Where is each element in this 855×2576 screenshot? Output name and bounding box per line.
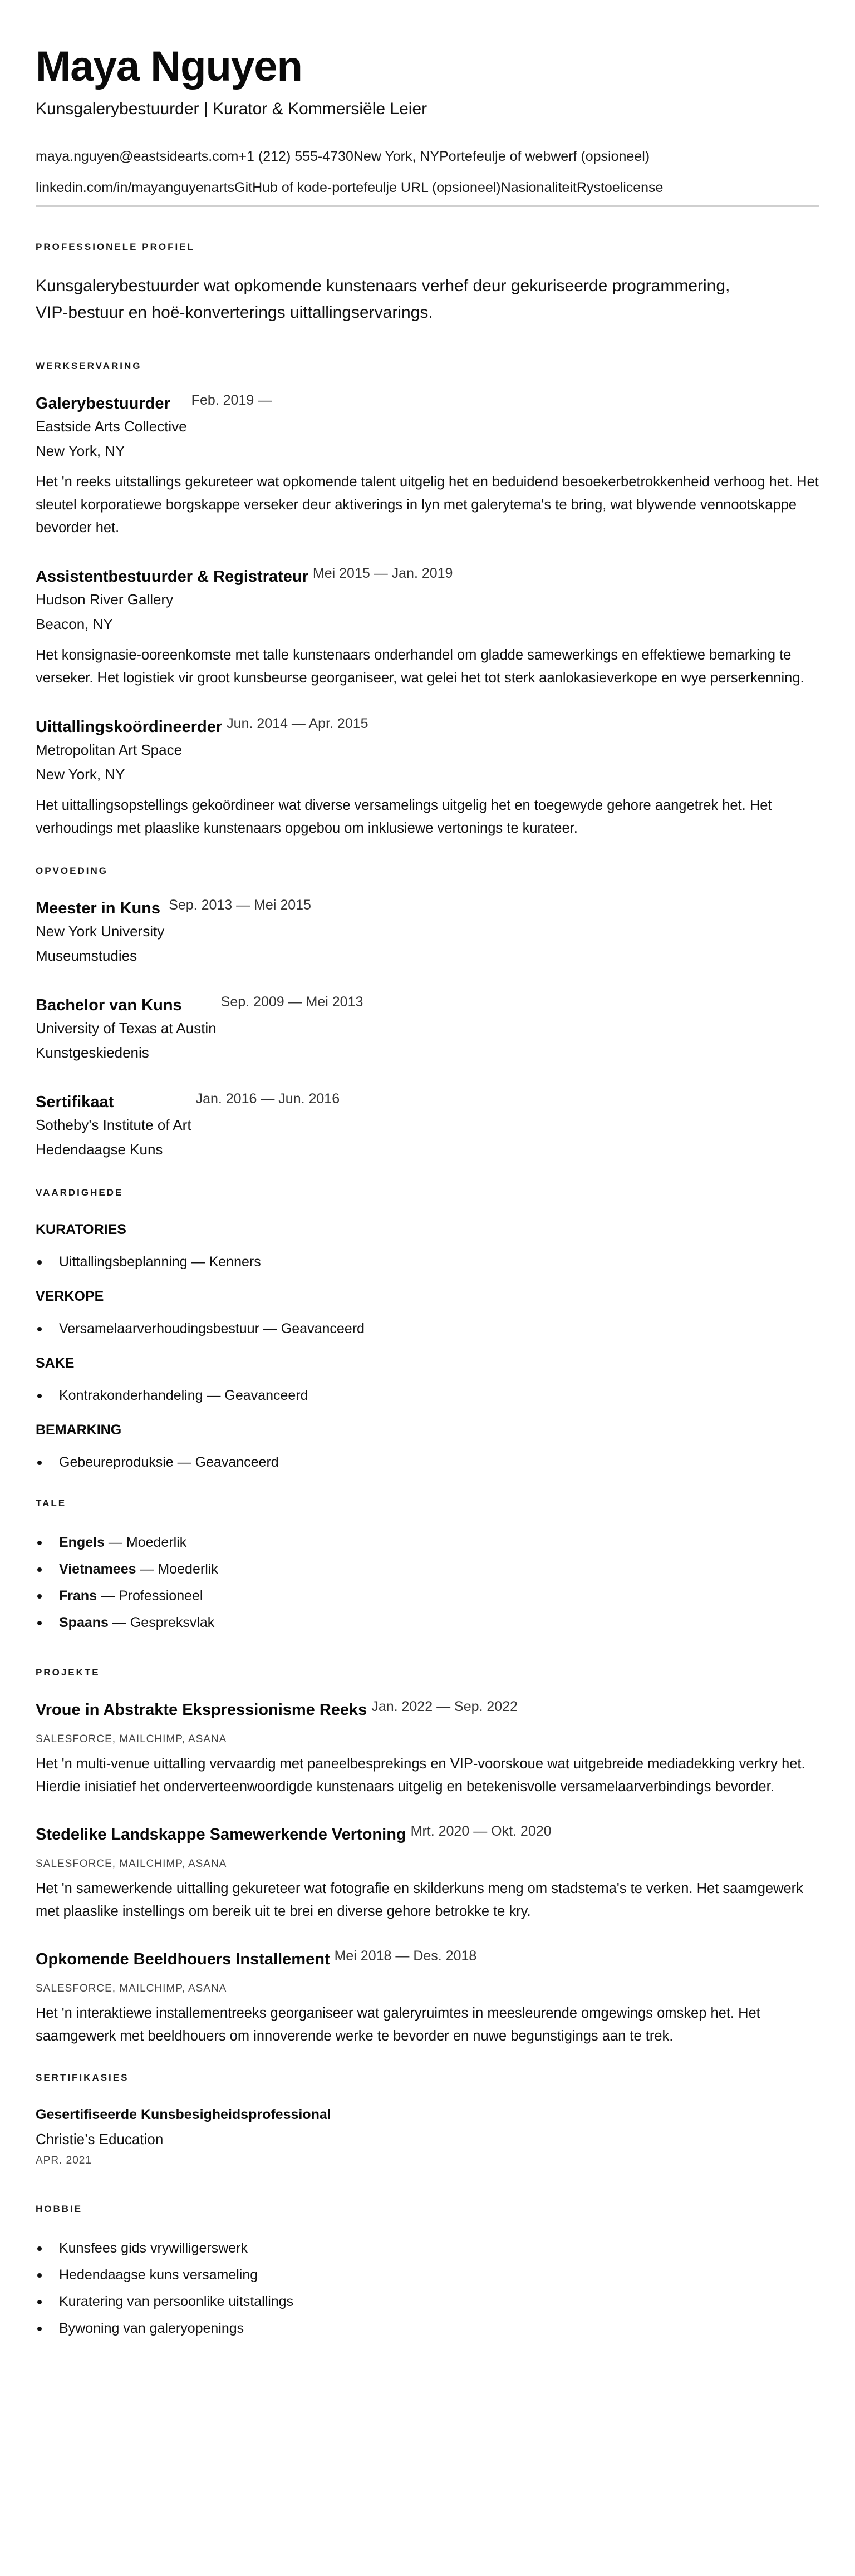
resume-page: Maya Nguyen Kunsgalerybestuurder | Kurat…	[0, 0, 855, 2375]
skill-items: Kontrakonderhandeling — Geavanceerd	[36, 1382, 819, 1409]
project-title: Stedelike Landskappe Samewerkende Verton…	[36, 1823, 406, 1846]
skill-item: Uittallingsbeplanning — Kenners	[36, 1248, 819, 1275]
languages-section: Tale Engels — MoederlikVietnamees — Moed…	[36, 1498, 819, 1636]
skill-group: BEMARKINGGebeureproduksie — Geavanceerd	[36, 1419, 819, 1476]
portfolio-link[interactable]: Portefeulje of webwerf (opsioneel)	[439, 149, 650, 164]
language-separator: —	[109, 1615, 130, 1630]
entry-header: GalerybestuurderEastside Arts Collective…	[36, 392, 819, 464]
field-of-study: Hedendaagse Kuns	[36, 1136, 191, 1163]
language-name: Frans	[59, 1588, 97, 1604]
experience-entry: GalerybestuurderEastside Arts Collective…	[36, 392, 819, 539]
skill-items: Gebeureproduksie — Geavanceerd	[36, 1449, 819, 1476]
language-name: Spaans	[59, 1615, 109, 1630]
experience-list: GalerybestuurderEastside Arts Collective…	[36, 392, 819, 840]
project-dates: Jan. 2022 — Sep. 2022	[371, 1698, 518, 1715]
project-dates: Mrt. 2020 — Okt. 2020	[411, 1823, 552, 1840]
job-dates: Jun. 2014 — Apr. 2015	[227, 715, 368, 732]
language-level: Gespreksvlak	[130, 1615, 214, 1630]
resume-header: Maya Nguyen Kunsgalerybestuurder | Kurat…	[36, 43, 819, 207]
language-separator: —	[105, 1535, 126, 1550]
entry-info: Bachelor van KunsUniversity of Texas at …	[36, 994, 217, 1066]
education-section: Opvoeding Meester in KunsNew York Univer…	[36, 866, 819, 1163]
skill-items: Versamelaarverhoudingsbestuur — Geavance…	[36, 1315, 819, 1342]
experience-section: Werkservaring GalerybestuurderEastside A…	[36, 361, 819, 840]
entry-info: Assistentbestuurder & RegistrateurHudson…	[36, 565, 308, 637]
education-dates: Jan. 2016 — Jun. 2016	[196, 1090, 340, 1107]
entry-info: UittallingskoördineerderMetropolitan Art…	[36, 715, 222, 788]
education-entry: Bachelor van KunsUniversity of Texas at …	[36, 994, 819, 1066]
language-level: Professioneel	[119, 1588, 203, 1604]
language-item: Vietnamees — Moederlik	[36, 1556, 819, 1582]
skill-category: VERKOPE	[36, 1285, 819, 1307]
linkedin-link[interactable]: linkedin.com/in/mayanguyenarts	[36, 180, 234, 195]
experience-entry: UittallingskoördineerderMetropolitan Art…	[36, 715, 819, 840]
job-title: Uittallingskoördineerder	[36, 715, 222, 739]
candidate-subtitle: Kunsgalerybestuurder | Kurator & Kommers…	[36, 98, 819, 120]
language-item: Spaans — Gespreksvlak	[36, 1609, 819, 1636]
project-description: Het 'n samewerkende uittalling gekuretee…	[36, 1877, 819, 1923]
certifications-section: Sertifikasies Gesertifiseerde Kunsbesigh…	[36, 2072, 819, 2169]
language-level: Moederlik	[158, 1561, 218, 1577]
education-entry: SertifikaatSotheby's Institute of ArtHed…	[36, 1090, 819, 1163]
job-dates: Feb. 2019 —	[191, 392, 272, 409]
entry-header: UittallingskoördineerderMetropolitan Art…	[36, 715, 819, 788]
github-link[interactable]: GitHub of kode-portefeulje URL (opsionee…	[234, 180, 501, 195]
language-name: Engels	[59, 1535, 105, 1550]
job-location: Beacon, NY	[36, 611, 308, 637]
institution-name: Sotheby's Institute of Art	[36, 1114, 191, 1136]
skill-category: SAKE	[36, 1352, 819, 1374]
education-list: Meester in KunsNew York UniversityMuseum…	[36, 897, 819, 1163]
certification-date: Apr. 2021	[36, 2152, 819, 2169]
skill-item: Versamelaarverhoudingsbestuur — Geavance…	[36, 1315, 819, 1342]
section-title: Projekte	[36, 1667, 819, 1678]
project-entry: Vroue in Abstrakte Ekspressionisme Reeks…	[36, 1698, 819, 1798]
profile-summary: Kunsgalerybestuurder wat opkomende kunst…	[36, 273, 737, 326]
degree-title: Meester in Kuns	[36, 897, 164, 920]
certifications-list: Gesertifiseerde Kunsbesigheidsprofession…	[36, 2103, 819, 2169]
company-name: Eastside Arts Collective	[36, 415, 187, 437]
location-text: New York, NY	[353, 149, 439, 164]
entry-info: Meester in KunsNew York UniversityMuseum…	[36, 897, 164, 969]
candidate-name: Maya Nguyen	[36, 43, 819, 90]
certification-issuer: Christie’s Education	[36, 2126, 819, 2152]
institution-name: New York University	[36, 920, 164, 942]
skill-items: Uittallingsbeplanning — Kenners	[36, 1248, 819, 1275]
skill-item: Kontrakonderhandeling — Geavanceerd	[36, 1382, 819, 1409]
job-dates: Mei 2015 — Jan. 2019	[313, 565, 453, 582]
certification-entry: Gesertifiseerde Kunsbesigheidsprofession…	[36, 2103, 819, 2169]
hobbies-section: Hobbie Kunsfees gids vrywilligerswerkHed…	[36, 2204, 819, 2342]
skill-group: KURATORIESUittallingsbeplanning — Kenner…	[36, 1218, 819, 1275]
hobby-item: Kuratering van persoonlike uitstallings	[36, 2288, 819, 2315]
institution-name: University of Texas at Austin	[36, 1017, 217, 1039]
language-level: Moederlik	[126, 1535, 186, 1550]
degree-title: Sertifikaat	[36, 1090, 191, 1114]
project-title: Opkomende Beeldhouers Installement	[36, 1948, 330, 1971]
project-tech-stack: Salesforce, Mailchimp, Asana	[36, 1982, 819, 1995]
project-description: Het 'n multi-venue uittalling vervaardig…	[36, 1753, 819, 1798]
entry-header: Meester in KunsNew York UniversityMuseum…	[36, 897, 819, 969]
projects-section: Projekte Vroue in Abstrakte Ekspressioni…	[36, 1667, 819, 2048]
job-description: Het 'n reeks uitstallings gekureteer wat…	[36, 471, 819, 539]
project-header: Stedelike Landskappe Samewerkende Verton…	[36, 1823, 819, 1846]
entry-header: SertifikaatSotheby's Institute of ArtHed…	[36, 1090, 819, 1163]
languages-list: Engels — MoederlikVietnamees — Moederlik…	[36, 1529, 819, 1636]
language-item: Frans — Professioneel	[36, 1582, 819, 1609]
project-tech-stack: Salesforce, Mailchimp, Asana	[36, 1857, 819, 1871]
education-dates: Sep. 2013 — Mei 2015	[169, 897, 311, 913]
section-title: Tale	[36, 1498, 819, 1509]
section-title: Werkservaring	[36, 361, 819, 372]
projects-list: Vroue in Abstrakte Ekspressionisme Reeks…	[36, 1698, 819, 2048]
hobby-item: Bywoning van galeryopenings	[36, 2315, 819, 2342]
entry-info: SertifikaatSotheby's Institute of ArtHed…	[36, 1090, 191, 1163]
field-of-study: Museumstudies	[36, 942, 164, 969]
project-entry: Opkomende Beeldhouers InstallementMei 20…	[36, 1948, 819, 2048]
drivers-license-text: Rystoelicense	[577, 180, 664, 195]
project-title: Vroue in Abstrakte Ekspressionisme Reeks	[36, 1698, 367, 1722]
language-separator: —	[136, 1561, 158, 1577]
skills-section: Vaardighede KURATORIESUittallingsbeplann…	[36, 1187, 819, 1476]
field-of-study: Kunstgeskiedenis	[36, 1039, 217, 1066]
section-title: Sertifikasies	[36, 2072, 819, 2083]
skills-list: KURATORIESUittallingsbeplanning — Kenner…	[36, 1218, 819, 1476]
language-item: Engels — Moederlik	[36, 1529, 819, 1556]
job-description: Het konsignasie-ooreenkomste met talle k…	[36, 644, 819, 690]
experience-entry: Assistentbestuurder & RegistrateurHudson…	[36, 565, 819, 690]
hobby-item: Kunsfees gids vrywilligerswerk	[36, 2235, 819, 2262]
project-dates: Mei 2018 — Des. 2018	[335, 1948, 477, 1964]
education-entry: Meester in KunsNew York UniversityMuseum…	[36, 897, 819, 969]
job-title: Assistentbestuurder & Registrateur	[36, 565, 308, 588]
hobby-item: Hedendaagse kuns versameling	[36, 2262, 819, 2288]
contact-line-1: maya.nguyen@eastsidearts.com+1 (212) 555…	[36, 141, 819, 172]
language-separator: —	[97, 1588, 119, 1604]
contact-line-2: linkedin.com/in/mayanguyenartsGitHub of …	[36, 172, 819, 203]
degree-title: Bachelor van Kuns	[36, 994, 217, 1017]
skill-category: KURATORIES	[36, 1218, 819, 1241]
job-location: New York, NY	[36, 437, 187, 464]
skill-group: VERKOPEVersamelaarverhoudingsbestuur — G…	[36, 1285, 819, 1342]
email-link[interactable]: maya.nguyen@eastsidearts.com	[36, 149, 238, 164]
entry-info: GalerybestuurderEastside Arts Collective…	[36, 392, 187, 464]
language-name: Vietnamees	[59, 1561, 136, 1577]
company-name: Hudson River Gallery	[36, 588, 308, 611]
job-title: Galerybestuurder	[36, 392, 187, 415]
skill-group: SAKEKontrakonderhandeling — Geavanceerd	[36, 1352, 819, 1409]
entry-header: Bachelor van KunsUniversity of Texas at …	[36, 994, 819, 1066]
skill-category: BEMARKING	[36, 1419, 819, 1441]
hobbies-list: Kunsfees gids vrywilligerswerkHedendaags…	[36, 2235, 819, 2342]
section-title: Vaardighede	[36, 1187, 819, 1198]
entry-header: Assistentbestuurder & RegistrateurHudson…	[36, 565, 819, 637]
education-dates: Sep. 2009 — Mei 2013	[221, 994, 363, 1010]
section-title: Hobbie	[36, 2204, 819, 2215]
project-description: Het 'n interaktiewe installementreeks ge…	[36, 2002, 819, 2048]
contact-block: maya.nguyen@eastsidearts.com+1 (212) 555…	[36, 141, 819, 207]
section-title: Professionele Profiel	[36, 242, 819, 253]
company-name: Metropolitan Art Space	[36, 739, 222, 761]
nationality-text: Nasionaliteit	[501, 180, 577, 195]
project-header: Vroue in Abstrakte Ekspressionisme Reeks…	[36, 1698, 819, 1722]
phone-text: +1 (212) 555-4730	[238, 149, 353, 164]
profile-section: Professionele Profiel Kunsgalerybestuurd…	[36, 242, 819, 326]
project-entry: Stedelike Landskappe Samewerkende Verton…	[36, 1823, 819, 1923]
job-description: Het uittallingsopstellings gekoördineer …	[36, 794, 819, 840]
section-title: Opvoeding	[36, 866, 819, 877]
job-location: New York, NY	[36, 761, 222, 788]
project-tech-stack: Salesforce, Mailchimp, Asana	[36, 1733, 819, 1746]
skill-item: Gebeureproduksie — Geavanceerd	[36, 1449, 819, 1476]
project-header: Opkomende Beeldhouers InstallementMei 20…	[36, 1948, 819, 1971]
certification-name: Gesertifiseerde Kunsbesigheidsprofession…	[36, 2103, 819, 2126]
